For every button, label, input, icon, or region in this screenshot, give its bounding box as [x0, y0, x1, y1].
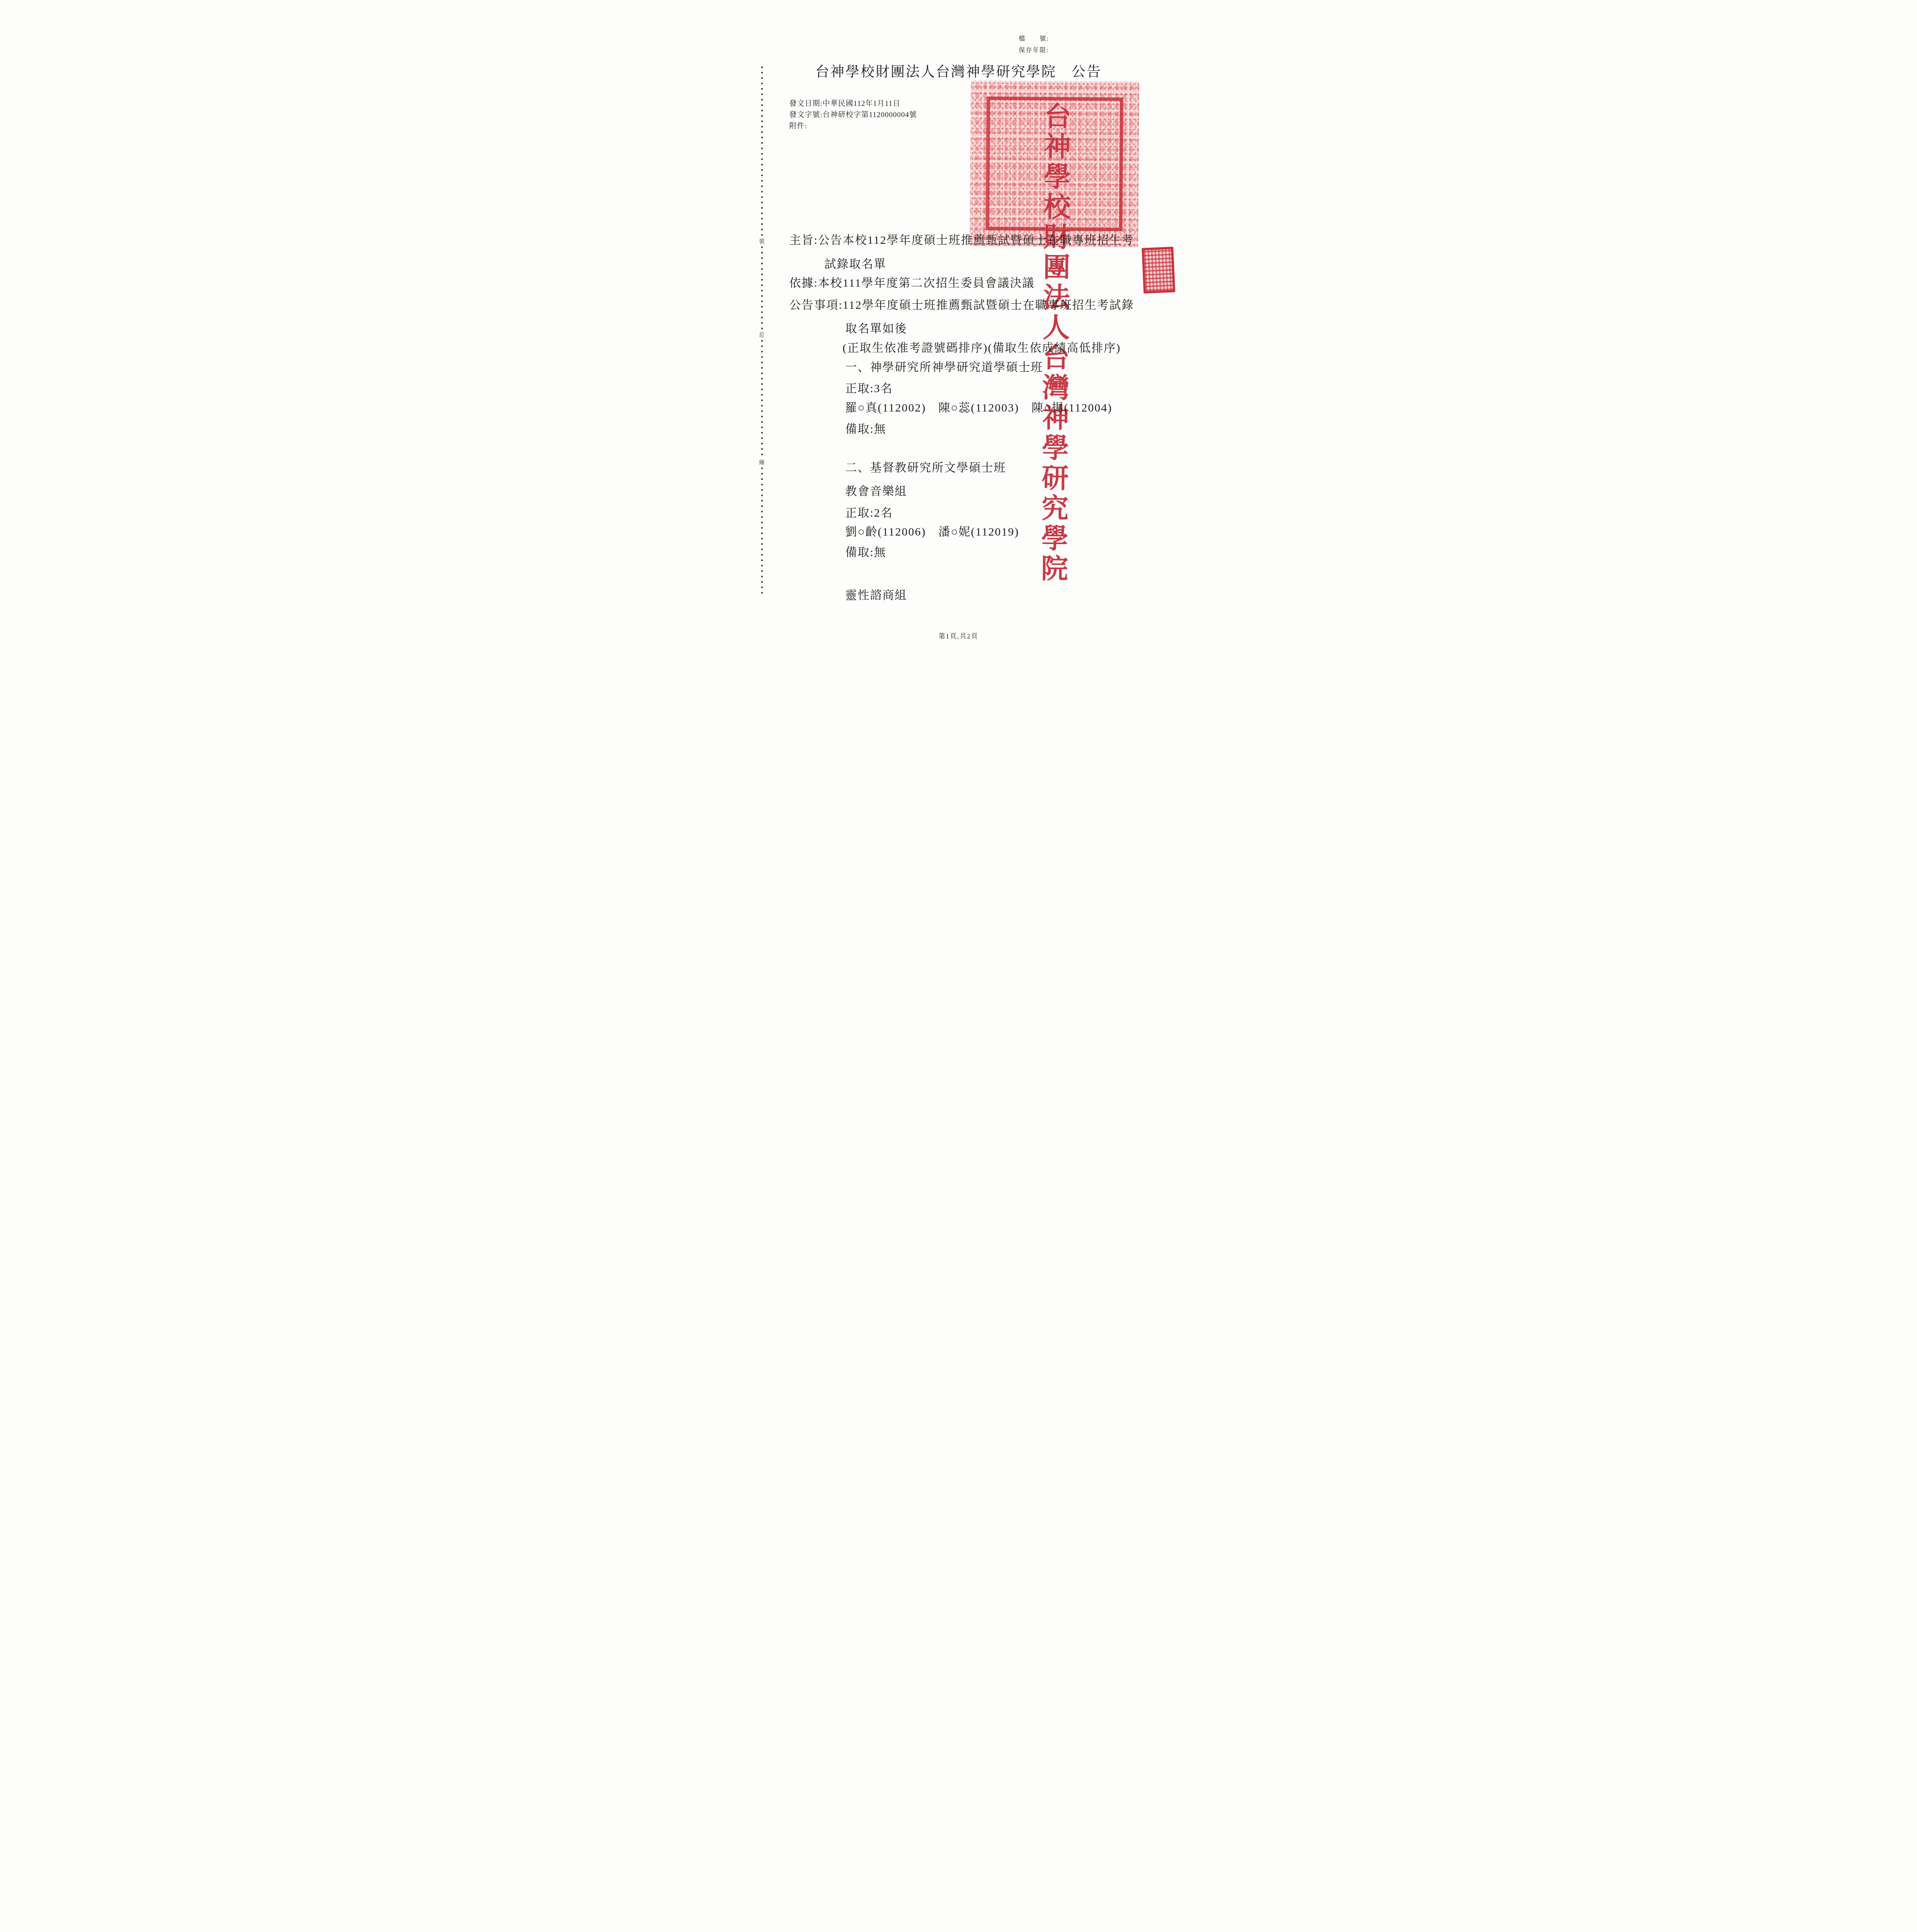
section-2-group-1-admitted-label: 正取:2名	[845, 507, 893, 520]
section-1-admitted-names: 羅○真(112002) 陳○蕊(112003) 陳○揚(112004)	[845, 401, 1112, 415]
school-seal: 台神學校財團法人台灣神學研究學院	[970, 80, 1139, 247]
section-1-waitlist-label: 備取:無	[845, 423, 886, 436]
archive-labels: 檔 號: 保存年限:	[1019, 33, 1049, 56]
binding-char-zhuang: 裝	[759, 237, 765, 247]
sorting-note: (正取生依准考證號碼排序)(備取生依成績高低排序)	[843, 342, 1121, 355]
subject-line-2: 試錄取名單	[825, 258, 886, 271]
issue-date: 發文日期:中華民國112年1月11日	[789, 98, 917, 109]
subject-line-1: 主旨:公告本校112學年度碩士班推薦甄試暨碩士在職專班招生考	[789, 234, 1134, 247]
section-2-group-2-name: 靈性諮商組	[845, 589, 907, 602]
school-seal-text: 台神學校財團法人台灣神學研究學院	[1038, 102, 1071, 226]
section-2-heading: 二、基督教研究所文學碩士班	[845, 461, 1006, 474]
page-indicator: 第1頁,共2頁	[719, 631, 1198, 640]
announcement-intro: 公告事項:112學年度碩士班推薦甄試暨碩士在職專班招生考試錄	[789, 299, 1134, 312]
meta-block: 發文日期:中華民國112年1月11日 發文字號:台神研校字第1120000004…	[789, 98, 917, 132]
edge-seal	[1141, 247, 1175, 293]
basis-line: 依據:本校111學年度第二次招生委員會議決議	[789, 277, 1035, 290]
doc-number: 發文字號:台神研校字第1120000004號	[789, 109, 917, 121]
binding-dash-segment	[761, 66, 763, 237]
section-1-heading: 一、神學研究所神學研究道學碩士班	[845, 361, 1043, 374]
retention-period-label: 保存年限:	[1019, 45, 1049, 56]
binding-dash-segment	[761, 247, 763, 331]
section-2-group-1-name: 教會音樂組	[845, 485, 907, 498]
binding-dash-segment	[761, 468, 763, 597]
page-title: 台神學校財團法人台灣神學研究學院 公告	[719, 61, 1198, 81]
binding-char-xian: 線	[759, 458, 765, 468]
school-seal-frame: 台神學校財團法人台灣神學研究學院	[985, 97, 1123, 231]
section-2-group-1-admitted-names: 劉○齡(112006) 潘○妮(112019)	[845, 526, 1019, 539]
announcement-document: 檔 號: 保存年限: 台神學校財團法人台灣神學研究學院 公告 發文日期:中華民國…	[719, 0, 1198, 678]
section-2-group-1-waitlist-label: 備取:無	[845, 546, 886, 559]
section-1-admitted-label: 正取:3名	[845, 382, 893, 395]
binding-char-ding: 訂	[759, 331, 765, 340]
binding-dash-segment	[761, 340, 763, 458]
binding-margin: 裝 訂 線	[758, 66, 766, 597]
attachment-label: 附件:	[789, 121, 917, 132]
announcement-line-2: 取名單如後	[845, 322, 907, 335]
file-number-label: 檔 號:	[1019, 33, 1049, 45]
